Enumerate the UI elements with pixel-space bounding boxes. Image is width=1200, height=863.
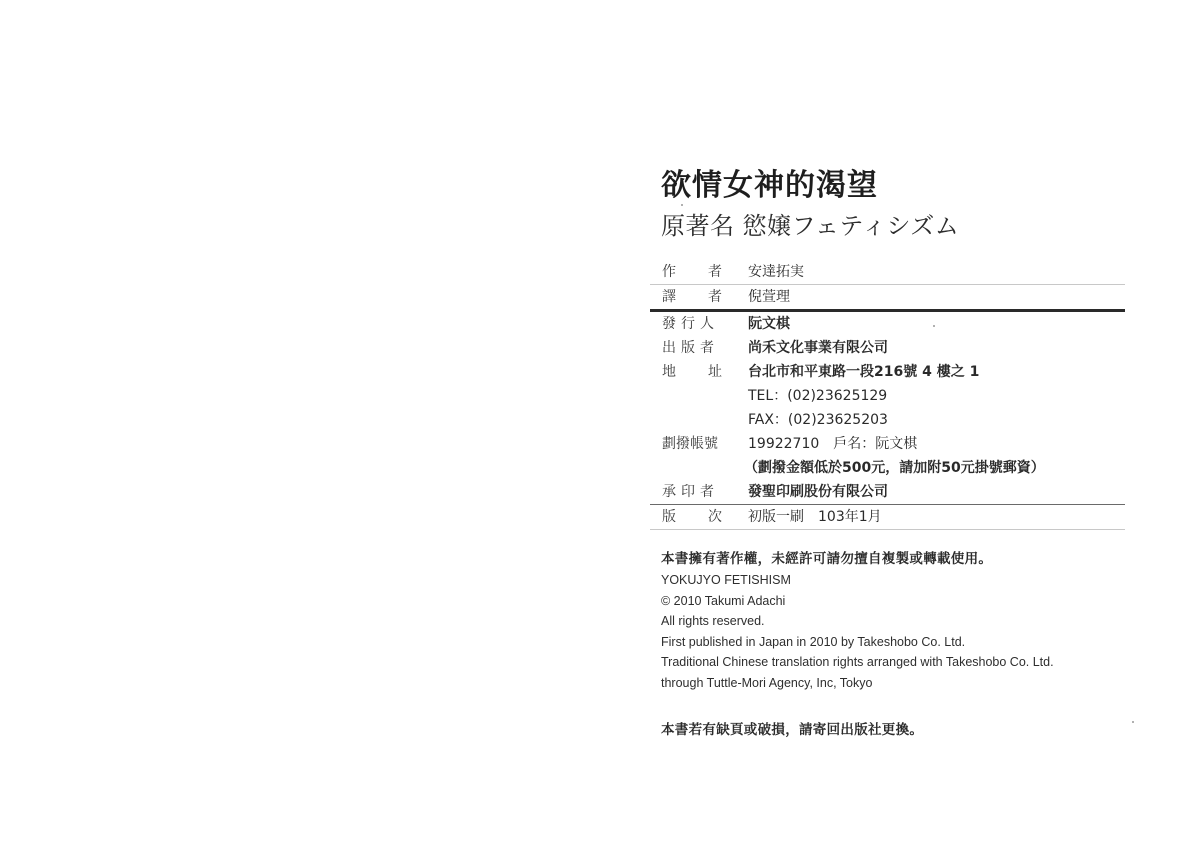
copyright-notice-cn: 本書擁有著作權，未經許可請勿擅自複製或轉載使用。 (661, 548, 1054, 570)
credit-value-translator: 倪萱理 (748, 285, 790, 309)
copyright-notes: 本書擁有著作權，未經許可請勿擅自複製或轉載使用。 YOKUJYO FETISHI… (661, 548, 1054, 693)
credit-row-publisher-person: 發 行 人 阮文棋 (650, 312, 1125, 336)
credit-value-publisher-person: 阮文棋 (748, 312, 790, 336)
credit-value-fax: FAX：(02)23625203 (748, 408, 888, 432)
colophon-page: 欲情女神的渴望 原著名 慾嬢フェティシズム 作 者 安達拓実 譯 者 倪萱理 發… (0, 0, 1200, 863)
credit-row-address: 地 址 台北市和平東路一段216號 4 樓之 1 (650, 360, 1125, 384)
credit-row-publisher: 出 版 者 尚禾文化事業有限公司 (650, 336, 1125, 360)
credit-row-account: 劃撥帳號 19922710 戶名：阮文棋 (650, 432, 1125, 456)
scan-speck (681, 204, 683, 206)
credit-label-publisher: 出 版 者 (662, 336, 714, 360)
translation-rights: Traditional Chinese translation rights a… (661, 652, 1054, 673)
credit-label-publisher-person: 發 行 人 (662, 312, 714, 336)
credit-value-account-note: （劃撥金額低於500元，請加附50元掛號郵資） (744, 456, 1045, 480)
credit-label-address: 地 址 (662, 360, 722, 384)
original-title: 原著名 慾嬢フェティシズム (661, 211, 959, 241)
credit-label-edition: 版 次 (662, 505, 722, 529)
credit-row-tel: TEL：(02)23625129 (650, 384, 1125, 408)
credit-value-author: 安達拓実 (748, 260, 804, 284)
credit-label-author: 作 者 (662, 260, 722, 284)
rights-reserved: All rights reserved. (661, 611, 1054, 632)
credit-value-printer: 發聖印刷股份有限公司 (748, 480, 888, 504)
credit-value-edition: 初版一刷 103年1月 (748, 505, 882, 529)
divider (650, 529, 1125, 530)
scan-speck (933, 325, 935, 327)
agency-line: through Tuttle-Mori Agency, Inc, Tokyo (661, 673, 1054, 694)
credit-row-edition: 版 次 初版一刷 103年1月 (650, 505, 1125, 529)
copyright-line: © 2010 Takumi Adachi (661, 591, 1054, 612)
scan-speck (1132, 721, 1134, 723)
credit-value-address: 台北市和平東路一段216號 4 樓之 1 (748, 360, 979, 384)
book-title: 欲情女神的渴望 (661, 168, 878, 204)
defect-notice: 本書若有缺頁或破損，請寄回出版社更換。 (661, 718, 923, 738)
credit-row-printer: 承 印 者 發聖印刷股份有限公司 (650, 480, 1125, 504)
original-title-en: YOKUJYO FETISHISM (661, 570, 1054, 591)
credit-row-fax: FAX：(02)23625203 (650, 408, 1125, 432)
credits-table: 作 者 安達拓実 譯 者 倪萱理 發 行 人 阮文棋 出 版 (650, 260, 1125, 530)
credit-label-account: 劃撥帳號 (662, 432, 722, 456)
credit-row-account-note: （劃撥金額低於500元，請加附50元掛號郵資） (650, 456, 1125, 480)
credit-value-account: 19922710 戶名：阮文棋 (748, 432, 917, 456)
credit-row-translator: 譯 者 倪萱理 (650, 285, 1125, 309)
credit-value-publisher: 尚禾文化事業有限公司 (748, 336, 888, 360)
credit-row-author: 作 者 安達拓実 (650, 260, 1125, 284)
credit-value-tel: TEL：(02)23625129 (748, 384, 887, 408)
first-published: First published in Japan in 2010 by Take… (661, 632, 1054, 653)
credit-label-printer: 承 印 者 (662, 480, 714, 504)
credit-label-translator: 譯 者 (662, 285, 722, 309)
